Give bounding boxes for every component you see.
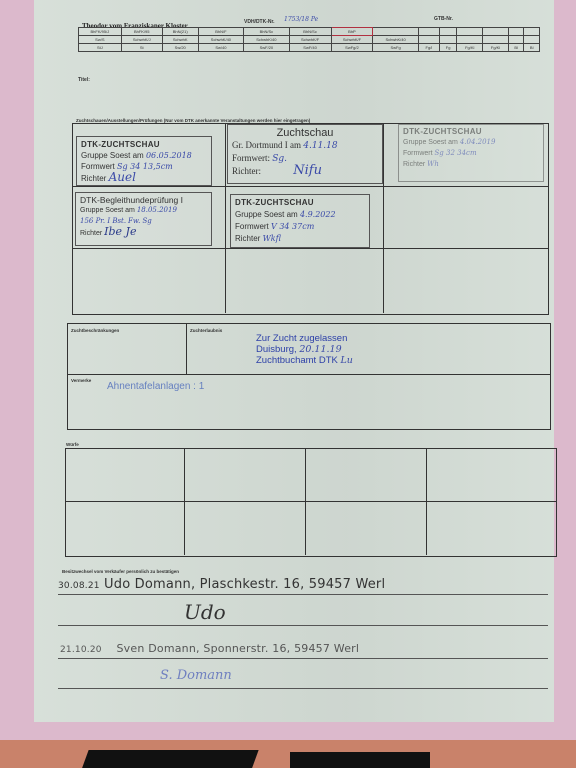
- owner-signature-2: S. Domann: [160, 668, 232, 683]
- breeding-restrictions-label: Zuchtbeschränkungen: [71, 328, 119, 333]
- stamp-label: Richter: [403, 161, 425, 168]
- grid-cell: Bl: [509, 44, 524, 52]
- pedigree-document: Theodor vom Franziskaner Kloster VDH/DTK…: [34, 0, 554, 722]
- grid-cell: [524, 36, 540, 44]
- grid-cell: SchwhK/F: [331, 36, 373, 44]
- permit-office: Zuchtbuchamt DTK: [256, 355, 338, 366]
- grid-cell: BhN(21): [162, 28, 198, 36]
- remarks-value: Ahnentafelanlagen : 1: [107, 381, 204, 392]
- breeding-permit-label: Zuchterlaubnis: [190, 328, 222, 333]
- grid-cell: SchwhK/40: [244, 36, 289, 44]
- permit-place: Duisburg,: [256, 344, 297, 355]
- stamp-label: Gr. Dortmund I am: [232, 140, 301, 150]
- stamp-label: Gruppe Soest am: [403, 139, 458, 146]
- stamp-label: Formwert:: [232, 153, 270, 163]
- grid-cell: [483, 36, 509, 44]
- show-stamp-2: Zuchtschau Gr. Dortmund I am 4.11.18 For…: [227, 124, 383, 184]
- grid-cell: Fg/Kl: [483, 44, 509, 52]
- stamp-date: 4.11.18: [303, 141, 337, 151]
- stamp-date: 4.9.2022: [300, 210, 336, 219]
- companion-dog-test-stamp: DTK-Begleithundeprüfung I Gruppe Soest a…: [75, 192, 212, 246]
- floor-background: [0, 740, 576, 768]
- judge-signature: Nifu: [293, 163, 322, 178]
- grid-cell: Fg: [439, 44, 456, 52]
- judge-signature: Wh: [427, 160, 439, 168]
- grid-cell: StJ: [79, 44, 122, 52]
- stamp-label: Richter: [235, 234, 260, 243]
- grid-cell: BhN/F: [198, 28, 243, 36]
- stamp-label: Richter: [80, 230, 102, 237]
- grid-cell: St: [121, 44, 162, 52]
- stamp-value: Sg 32 34cm: [435, 149, 477, 157]
- judge-signature: Auel: [109, 170, 136, 184]
- breeding-permit-stamp: Zur Zucht zugelassen Duisburg, 20.11.19 …: [256, 333, 353, 366]
- grid-cell: [373, 28, 418, 36]
- grid-cell: [524, 28, 540, 36]
- owner-date: 30.08.21: [58, 581, 100, 591]
- grid-cell: [418, 36, 439, 44]
- stamp-label: Gruppe Soest am: [80, 207, 135, 214]
- grid-cell: [509, 28, 524, 36]
- show-stamp-1: DTK-ZUCHTSCHAU Gruppe Soest am 06.05.201…: [76, 136, 212, 186]
- grid-cell: Fg/Kl: [457, 44, 483, 52]
- owner-entry-1: 30.08.21 Udo Domann, Plaschkestr. 16, 59…: [58, 577, 558, 592]
- show-stamp-3: DTK-ZUCHTSCHAU Gruppe Soest am 4.04.2019…: [398, 124, 544, 182]
- grid-cell: SchwhK/40: [198, 36, 243, 44]
- stamp-date: 4.04.2019: [460, 138, 496, 146]
- show-stamp-5: DTK-ZUCHTSCHAU Gruppe Soest am 4.9.2022 …: [230, 194, 370, 248]
- owner-date: 21.10.20: [60, 645, 102, 655]
- grid-cell: SwF/40: [289, 44, 331, 52]
- grid-cell: BhN/Sc: [289, 28, 331, 36]
- grid-cell: Bl: [524, 44, 540, 52]
- other-number-label: GTB-Nr.: [434, 16, 453, 22]
- grid-cell: Sw/S: [79, 36, 122, 44]
- registration-label: VDH/DTK-Nr.: [244, 19, 275, 25]
- grid-cell: Fg/l: [418, 44, 439, 52]
- stamp-label: Formwert: [403, 150, 433, 157]
- stamp-header: DTK-ZUCHTSCHAU: [81, 139, 207, 150]
- title-label: Titel:: [78, 77, 90, 83]
- grid-cell-highlighted: BhP: [331, 28, 373, 36]
- stamp-label: Richter: [81, 174, 106, 183]
- grid-cell: SchwhK/40: [373, 36, 418, 44]
- litters-label: Würfe: [66, 442, 79, 447]
- stamp-value: V 34 37cm: [271, 222, 314, 231]
- stamp-label: Richter:: [232, 166, 261, 176]
- remarks-label: Vermerke: [71, 378, 91, 383]
- rating-grid: BhFK/95/J BhFK/95 BhN(21) BhN/F BhN/Sc B…: [78, 27, 540, 52]
- grid-cell: [439, 28, 456, 36]
- grid-cell: [457, 36, 483, 44]
- grid-cell: BhN/Sc: [244, 28, 289, 36]
- judge-signature: Wkfl: [263, 234, 281, 243]
- owner-address: Sven Domann, Sponnerstr. 16, 59457 Werl: [116, 642, 359, 655]
- grid-cell: BhFK/95: [121, 28, 162, 36]
- grid-cell: [457, 28, 483, 36]
- stamp-label: Gruppe Soest am: [235, 210, 298, 219]
- permit-signature: Lu: [340, 355, 352, 366]
- grid-cell: SwFg/2: [331, 44, 373, 52]
- owner-signature-1: Udo: [184, 600, 226, 624]
- stamp-date: 06.05.2018: [146, 151, 192, 160]
- grid-cell: SchwhK/J: [121, 36, 162, 44]
- stamp-label: Formwert: [235, 222, 269, 231]
- grid-cell: SwFg: [373, 44, 418, 52]
- stamp-value: Sg.: [272, 154, 287, 164]
- stamp-label: Gruppe Soest am: [81, 151, 144, 160]
- permit-text: Zur Zucht zugelassen: [256, 333, 353, 344]
- grid-cell: Sw/20: [162, 44, 198, 52]
- stamp-header: Zuchtschau: [232, 127, 378, 139]
- grid-cell: [509, 36, 524, 44]
- grid-cell: SwF/20: [244, 44, 289, 52]
- owner-entry-2: 21.10.20 Sven Domann, Sponnerstr. 16, 59…: [60, 642, 560, 655]
- grid-cell: SchwhK/F: [289, 36, 331, 44]
- owner-change-label: Besitzwechsel vom Verkäufer persönlich z…: [62, 569, 179, 574]
- permit-date: 20.11.19: [299, 344, 341, 355]
- owner-address: Udo Domann, Plaschkestr. 16, 59457 Werl: [104, 577, 385, 592]
- stamp-header: DTK-Begleithundeprüfung I: [80, 195, 207, 205]
- grid-cell: [418, 28, 439, 36]
- grid-cell: SchwhK: [162, 36, 198, 44]
- stamp-header: DTK-ZUCHTSCHAU: [403, 127, 539, 137]
- grid-cell: BhFK/95/J: [79, 28, 122, 36]
- registration-value: 1753/18 Pe: [284, 16, 318, 23]
- stamp-label: 156 Pr. I Bst.: [80, 217, 126, 225]
- judge-signature: Ibe Je: [104, 225, 136, 238]
- stamp-header: DTK-ZUCHTSCHAU: [235, 197, 365, 209]
- grid-cell: [483, 28, 509, 36]
- stamp-value: Fw. Sg: [128, 217, 152, 225]
- grid-cell: [439, 36, 456, 44]
- stamp-date: 18.05.2019: [137, 206, 177, 214]
- grid-cell: Sw/40: [198, 44, 243, 52]
- litters-table: [65, 448, 557, 557]
